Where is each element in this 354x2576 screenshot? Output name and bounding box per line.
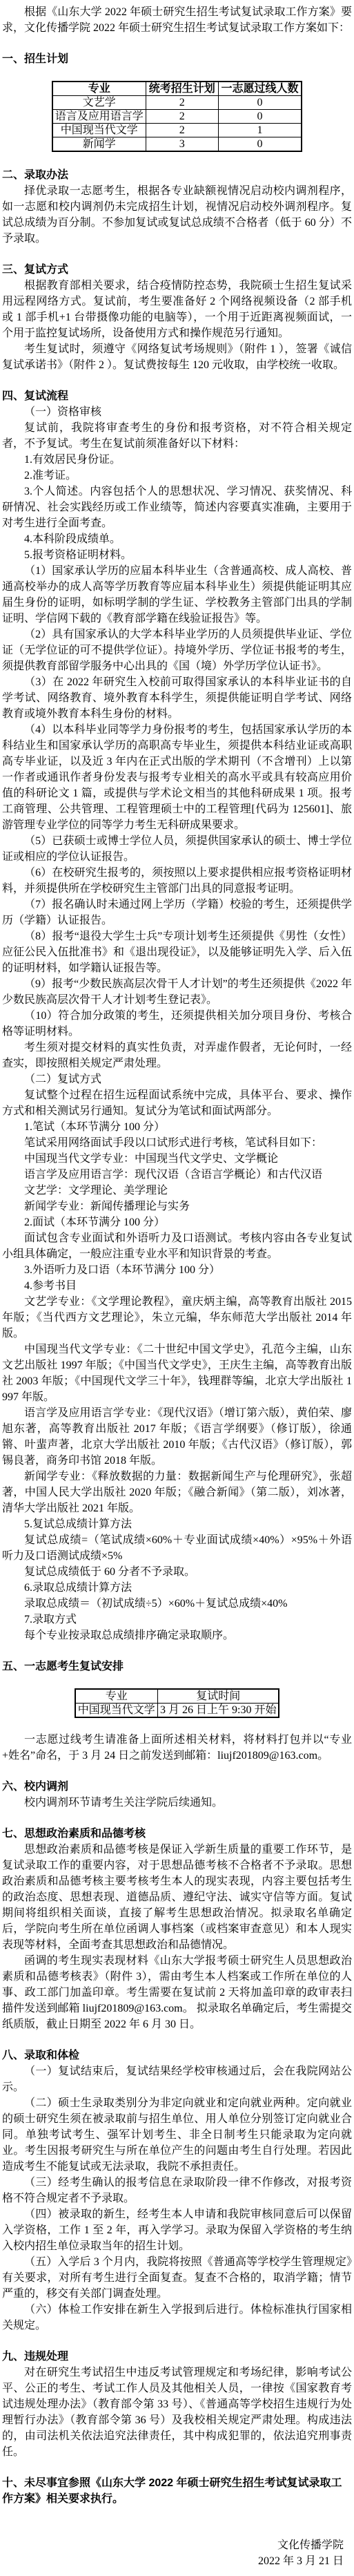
paragraph: （8）报考“退役大学生士兵”专项计划考生还须提供《男性（女性）应征公民入伍批准书…	[2, 928, 352, 976]
table-cell: 0	[218, 96, 302, 110]
paragraph: （9）报考“少数民族高层次骨干人才计划”的考生还须提供《2022 年少数民族高层…	[2, 976, 352, 1008]
paragraph: 3.个人简述。内容包括个人的思想状况、学习情况、获奖情况、科研情况、社会实践经历…	[2, 484, 352, 531]
paragraph: （10）符合加分政策的考生，还须提供相关加分项目身份、考核合格等证明材料。	[2, 1008, 352, 1040]
table-cell: 2	[146, 96, 218, 110]
paragraph: （六）体检工作安排在新生入学报到后进行。体检标准执行国家相关规定。	[2, 2302, 352, 2334]
paragraph: 4.参考书目	[2, 1278, 352, 1294]
table-cell: 1	[218, 124, 302, 137]
paragraph: 对在研究生考试招生中违反考试管理规定和考场纪律，影响考试公平、公正的考生、考试工…	[2, 2365, 352, 2460]
paragraph: （4）以本科毕业同等学力身份报考的考生，包括国家承认学历的本科结业生和国家承认学…	[2, 722, 352, 833]
section-heading: 四、复试流程	[2, 388, 352, 404]
paragraph: 择优录取一志愿考生，根据各专业缺额视情况启动校内调剂程序，如一志愿和校内调剂仍未…	[2, 183, 352, 247]
paragraph: 1.笔试（本环节满分 100 分）	[2, 1119, 352, 1135]
table-row: 语言及应用语言学20	[52, 110, 302, 124]
interview-schedule-table: 专业复试时间中国现当代文学3 月 26 日上午 9:30 开始	[75, 1688, 280, 1718]
paragraph: 考生须对提交材料的真实性负责，对弄虚作假者，无论何时，一经查实，即按照相关规定严…	[2, 1040, 352, 1071]
table-cell: 文艺学	[52, 96, 146, 110]
section-heading: 一、招生计划	[2, 51, 352, 67]
paragraph: （3）在 2022 年研究生入校前可取得国家承认的本科毕业证书的自学考试、网络教…	[2, 674, 352, 722]
paragraph: 复试整个过程在招生远程面试系统中完成，具体平台、要求、操作方式和相关测试另行通知…	[2, 1087, 352, 1119]
paragraph: （1）国家承认学历的应届本科毕业生（含普通高校、成人高校、普通高校举办的成人高等…	[2, 563, 352, 627]
paragraph: （二）硕士生录取类别分为非定向就业和定向就业两种。定向就业的硕士研究生须在被录取…	[2, 2095, 352, 2175]
table-row: 新闻学30	[52, 137, 302, 152]
section-heading: 二、录取办法	[2, 167, 352, 183]
paragraph: （7）报名确认时未通过网上学历（学籍）校验的考生，还须提供学历（学籍）认证报告。	[2, 897, 352, 928]
table-cell: 0	[218, 110, 302, 124]
section-heading: 十、未尽事宜参照《山东大学 2022 年硕士研究生招生考试复试录取工作方案》相关…	[2, 2475, 352, 2507]
document-page: 根据《山东大学 2022 年硕士研究生招生考试复试录取工作方案》要求，文化传播学…	[0, 0, 354, 2576]
table-cell: 0	[218, 137, 302, 152]
paragraph: 录取总成绩＝（初试成绩÷5）×60%＋复试总成绩×40%	[2, 1596, 352, 1612]
paragraph: 笔试采用网络面试手段以口试形式进行考核，笔试科目如下：	[2, 1135, 352, 1151]
signature-block: 文化传播学院 2022 年 3 月 21 日	[2, 2537, 352, 2569]
paragraph: 新闻学专业：新闻传播理论与实务	[2, 1199, 352, 1214]
section-heading: 九、违规处理	[2, 2349, 352, 2365]
paragraph: （一）复试结束后，复试结果经学校审核通过后，会在我院网站公示。	[2, 2063, 352, 2095]
table-cell: 中国现当代文学	[52, 124, 146, 137]
section-heading: 八、录取和体检	[2, 2048, 352, 2063]
paragraph: 中国现当代文学专业：中国现当代文学史、文学概论	[2, 1151, 352, 1167]
table-row: 文艺学20	[52, 96, 302, 110]
paragraph: 4.本科阶段成绩单。	[2, 531, 352, 547]
table-cell: 3 月 26 日上午 9:30 开始	[158, 1704, 279, 1718]
paragraph: 复试总成绩低于 60 分者不予录取。	[2, 1564, 352, 1580]
paragraph: 5.报考资格证明材料。	[2, 547, 352, 563]
paragraph: （2）具有国家承认的大学本科毕业学历的人员须提供毕业证、学位证（无学位证的可不提…	[2, 627, 352, 674]
paragraph: 中国现当代文学专业：《二十世纪中国文学史》，孔范今主编，山东文艺出版社 1997…	[2, 1342, 352, 1405]
table-header-cell: 统考招生计划	[146, 82, 218, 96]
table-cell: 2	[146, 110, 218, 124]
section-heading: 三、复试方式	[2, 262, 352, 278]
paragraph: 每个专业按录取总成绩排序确定录取顺序。	[2, 1628, 352, 1643]
table-cell: 中国现当代文学	[75, 1704, 158, 1718]
table-cell: 语言及应用语言学	[52, 110, 146, 124]
signature-org: 文化传播学院	[2, 2537, 344, 2553]
section-heading: 六、校内调剂	[2, 1779, 352, 1795]
paragraph: 3.外语听力及口语（本环节满分 100 分）	[2, 1262, 352, 1278]
paragraph: 7.录取方式	[2, 1612, 352, 1628]
paragraph: （一）资格审核	[2, 404, 352, 420]
table-header-cell: 复试时间	[158, 1689, 279, 1704]
paragraph: 新闻学专业：《释放数据的力量：数据新闻生产与伦理研究》，张超著，中国人民大学出版…	[2, 1469, 352, 1516]
paragraph: 5.复试总成绩计算方法	[2, 1516, 352, 1532]
paragraph: （四）被录取的新生，经考生本人申请和我院审核同意后可以保留入学资格，工作 1 至…	[2, 2206, 352, 2254]
paragraph: 语言学及应用语言学：现代汉语（含语言学概论）和古代汉语	[2, 1167, 352, 1183]
paragraph: （6）在校研究生报考的，须按照以上要求提供相应报考资格证明材料，并须提供所在学校…	[2, 865, 352, 897]
paragraph: 2.准考证。	[2, 468, 352, 484]
paragraph: 考生复试时，须遵守《网络复试考场规则》（附件 1 ），签署《诚信复试承诺书》（附…	[2, 341, 352, 373]
paragraph: 面试包含专业面试和外语听力及口语测试。考核内容由各专业复试小组具体确定，一般应注…	[2, 1230, 352, 1262]
table-header-row: 专业复试时间	[75, 1689, 279, 1704]
paragraph: 2.面试（本环节满分 100 分）	[2, 1214, 352, 1230]
table-header-cell: 专业	[52, 82, 146, 96]
table-cell: 2	[146, 124, 218, 137]
table-cell: 新闻学	[52, 137, 146, 152]
paragraph: 语言学及应用语言学专业：《现代汉语》（增订第六版），黄伯荣、廖旭东著，高等教育出…	[2, 1405, 352, 1469]
paragraph: 校内调剂环节请考生关注学院后续通知。	[2, 1795, 352, 1811]
table-header-row: 专业统考招生计划一志愿过线人数	[52, 82, 302, 96]
paragraph: （三）经考生确认的报考信息在录取阶段一律不作修改，对报考资格不符合规定者不予录取…	[2, 2175, 352, 2206]
table-row: 中国现当代文学21	[52, 124, 302, 137]
table-cell: 3	[146, 137, 218, 152]
paragraph: 根据教育部相关要求，结合疫情防控态势，我院硕士生招生复试采用远程网络方式。复试前…	[2, 278, 352, 341]
paragraph: 复试总成绩=（笔试成绩×60%＋专业面试成绩×40%）×95%＋外语听力及口语测…	[2, 1532, 352, 1564]
paragraph: （二）复试方式	[2, 1071, 352, 1087]
paragraph: 6.录取总成绩计算方法	[2, 1580, 352, 1596]
table-header-cell: 一志愿过线人数	[218, 82, 302, 96]
section-heading: 五、一志愿考生复试安排	[2, 1659, 352, 1675]
section-heading: 七、思想政治素质和品德考核	[2, 1826, 352, 1842]
paragraph: （5）已获硕士或博士学位人员，须提供国家承认的硕士、博士学位证或相应的学位认证报…	[2, 833, 352, 865]
paragraph: 文艺学：文学理论、美学理论	[2, 1183, 352, 1199]
paragraph: 思想政治素质和品德考核是保证入学新生质量的重要工作环节，是复试录取工作的重要内容…	[2, 1842, 352, 1953]
paragraph: （五）入学后 3 个月内，我院将按照《普通高等学校学生管理规定》有关要求，对所有…	[2, 2254, 352, 2302]
admission-plan-table: 专业统考招生计划一志愿过线人数文艺学20语言及应用语言学20中国现当代文学21新…	[52, 81, 303, 152]
table-header-cell: 专业	[75, 1689, 158, 1704]
signature-date: 2022 年 3 月 21 日	[2, 2553, 344, 2569]
paragraph: 文艺学专业：《文学理论教程》，童庆炳主编，高等教育出版社 2015 年版；《当代…	[2, 1294, 352, 1342]
intro-paragraph: 根据《山东大学 2022 年硕士研究生招生考试复试录取工作方案》要求，文化传播学…	[2, 4, 352, 36]
paragraph: 1.有效居民身份证。	[2, 452, 352, 468]
paragraph: 复试前，我院将审查考生的身份和报考资格，对不符合相关规定者，不予复试。考生在复试…	[2, 420, 352, 452]
document-body: 一、招生计划专业统考招生计划一志愿过线人数文艺学20语言及应用语言学20中国现当…	[2, 51, 352, 2507]
paragraph: 一志愿过线考生请准备上面所述相关材料，将材料打包并以“专业+姓名”命名，于 3 …	[2, 1732, 352, 1764]
table-row: 中国现当代文学3 月 26 日上午 9:30 开始	[75, 1704, 279, 1718]
paragraph: 函调的考生现实表现材料《山东大学报考硕士研究生人员思想政治素质和品德考核表》（附…	[2, 1953, 352, 2032]
